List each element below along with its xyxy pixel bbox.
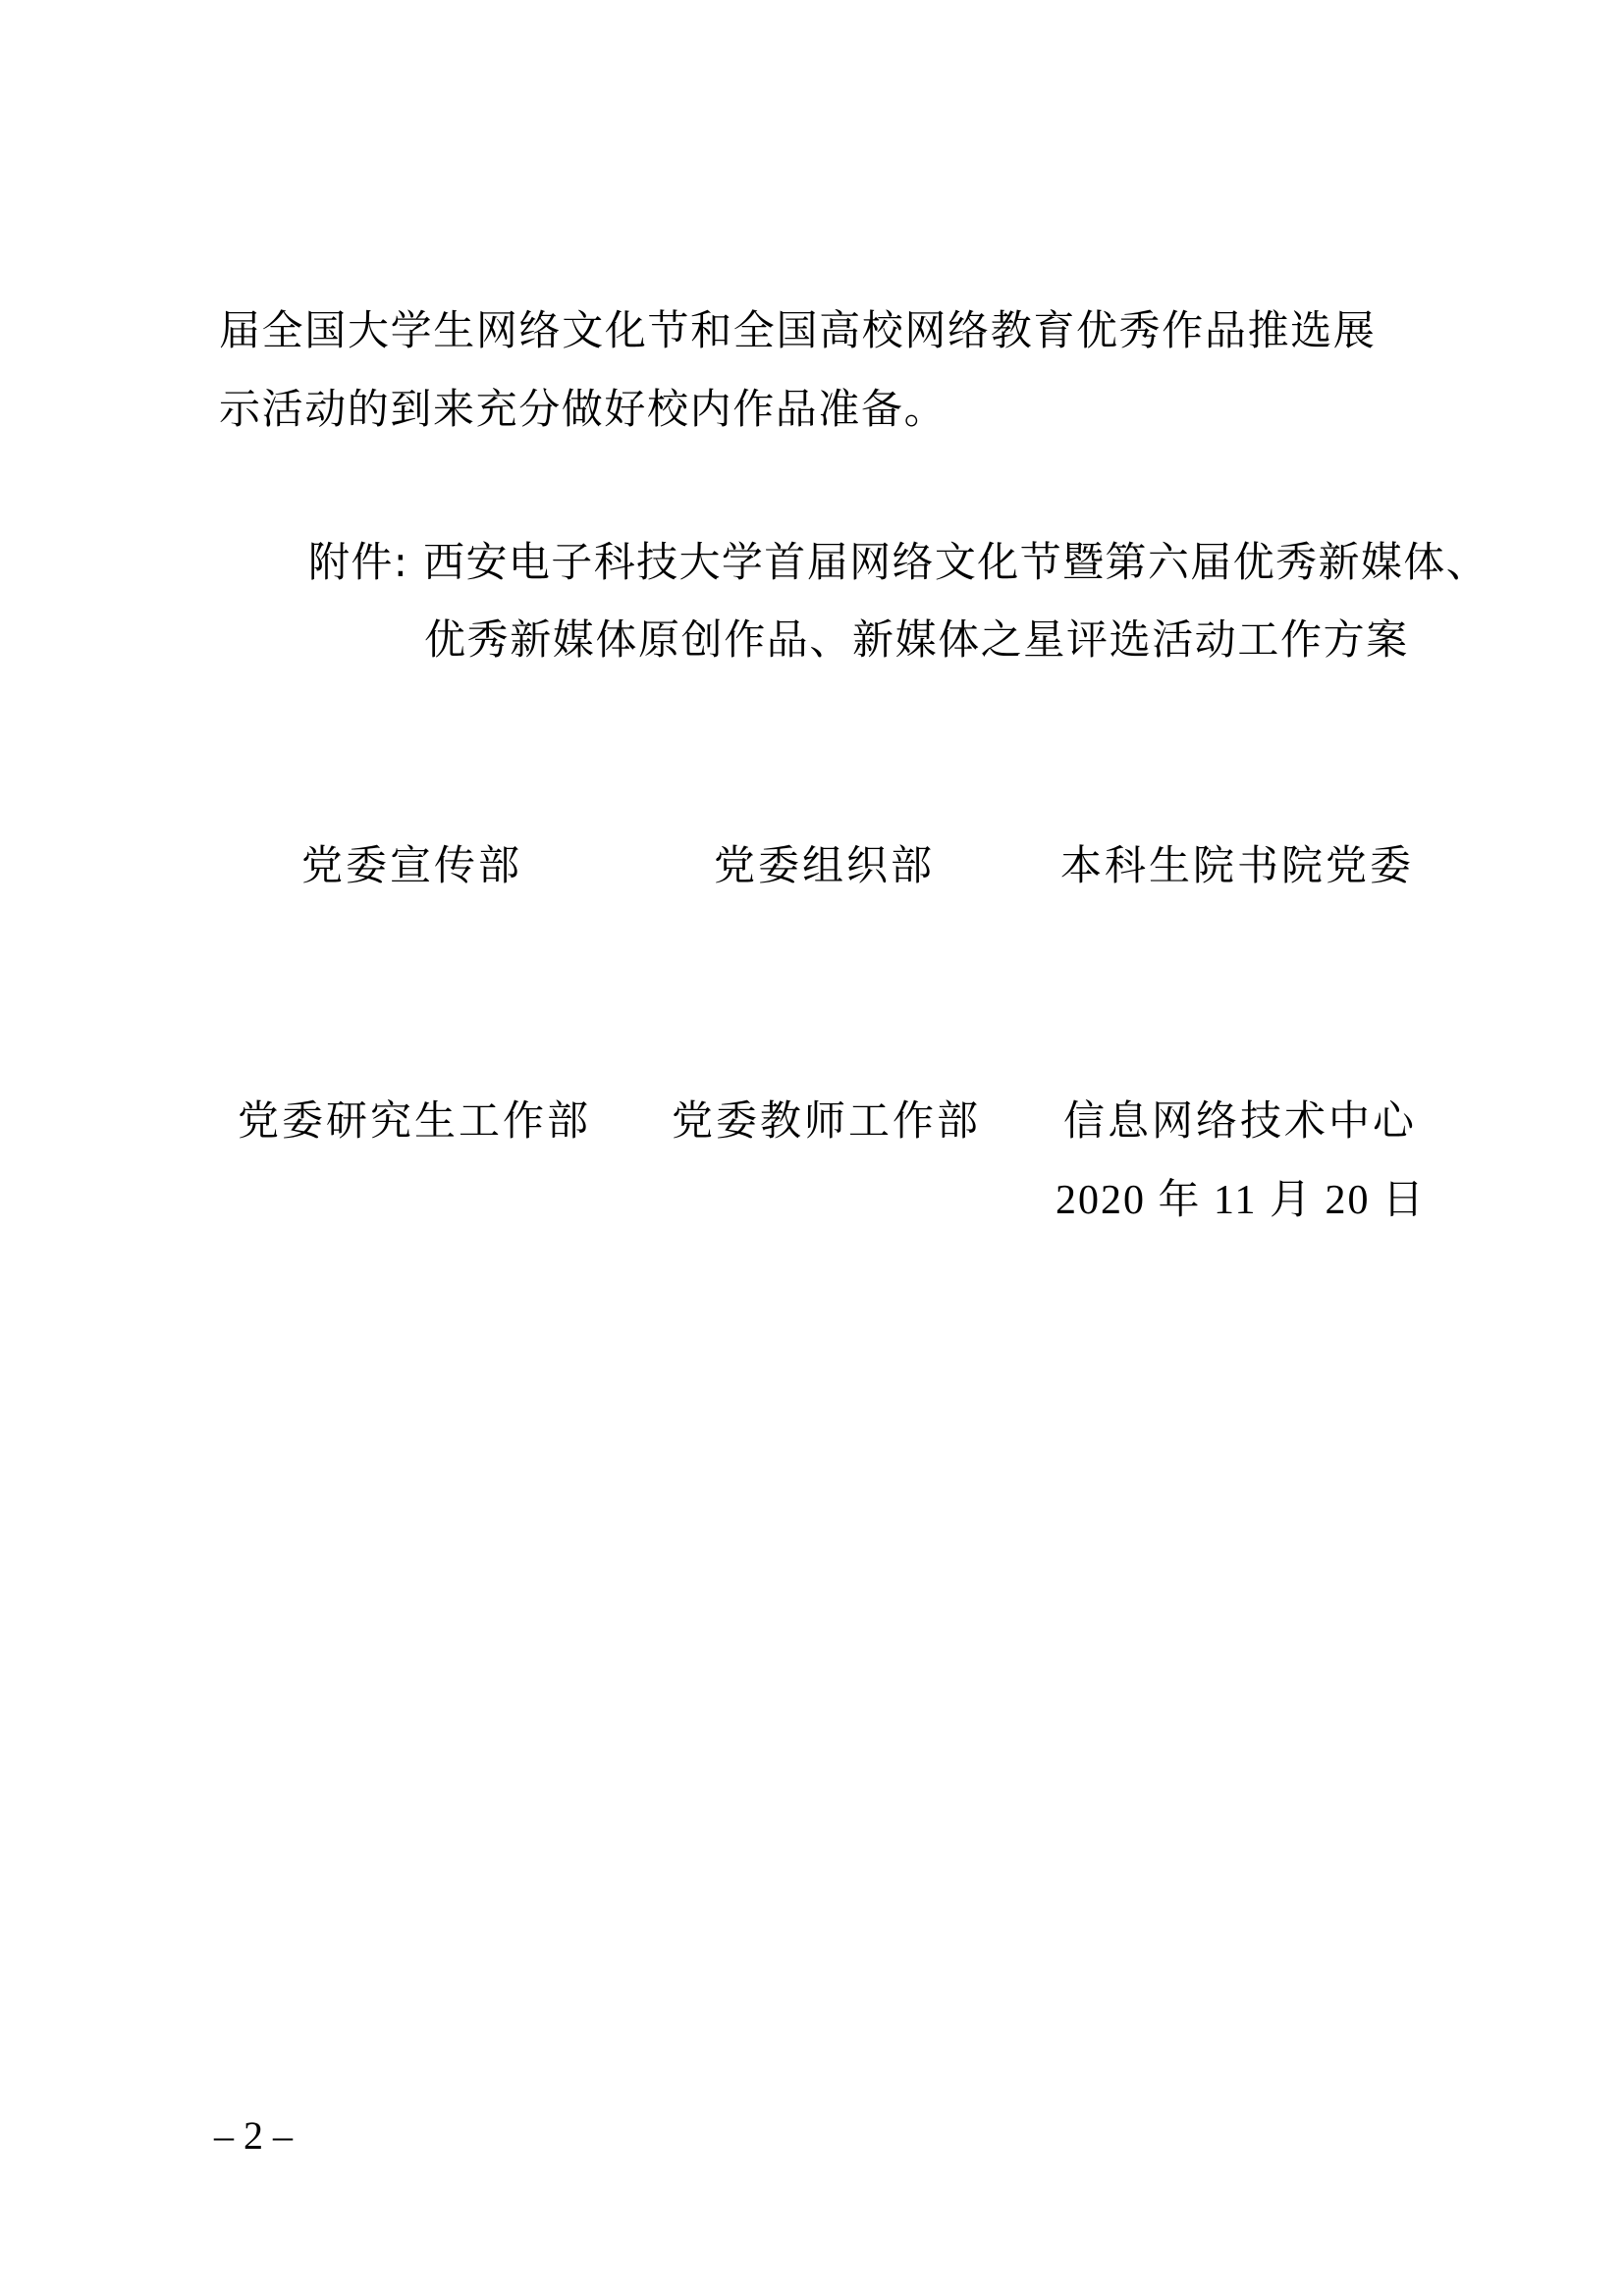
signatory-teacher-work-department: 党委教师工作部 <box>672 1097 981 1145</box>
signatory-publicity-department: 党委宣传部 <box>301 842 522 889</box>
document-date: 2020 年 11 月 20 日 <box>1056 1177 1426 1224</box>
signatory-information-network-center: 信息网络技术中心 <box>1063 1097 1417 1145</box>
attachment-title-line: 优秀新媒体原创作品、新媒体之星评选活动工作方案 <box>424 616 1409 664</box>
signatory-graduate-work-department: 党委研究生工作部 <box>238 1097 591 1145</box>
page-number: – 2 – <box>214 2112 293 2160</box>
attachment-title-line: 附件: 西安电子科技大学首届网络文化节暨第六届优秀新媒体、 <box>308 539 1489 586</box>
document-page: 届全国大学生网络文化节和全国高校网络教育优秀作品推选展 示活动的到来充分做好校内… <box>0 0 1624 2296</box>
body-paragraph-line: 示活动的到来充分做好校内作品准备。 <box>219 386 947 433</box>
body-paragraph-line: 届全国大学生网络文化节和全国高校网络教育优秀作品推选展 <box>219 307 1377 354</box>
signatory-organization-department: 党委组织部 <box>714 842 935 889</box>
signatory-undergraduate-college-committee: 本科生院书院党委 <box>1060 842 1414 889</box>
